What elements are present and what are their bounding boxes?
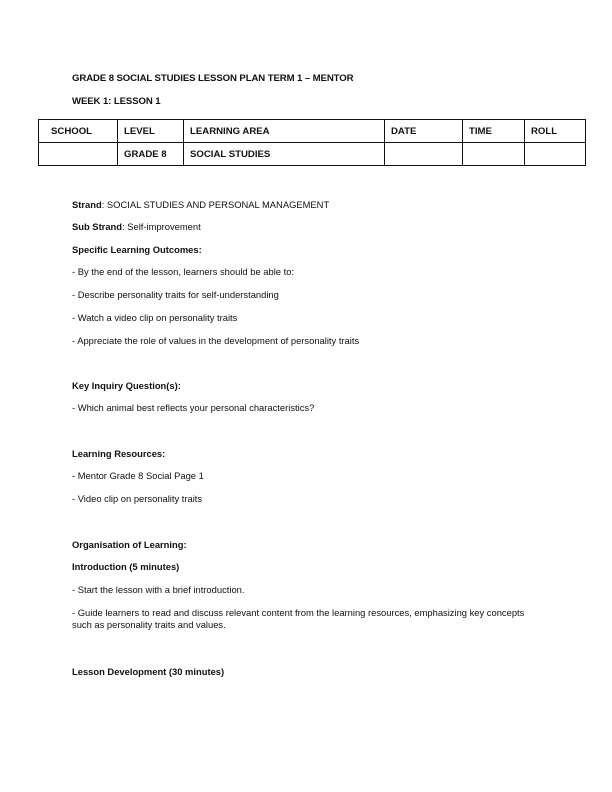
resource-item: - Video clip on personality traits [72,493,202,505]
header-date: DATE [385,120,463,143]
cell-date [385,143,463,166]
resource-item: - Mentor Grade 8 Social Page 1 [72,470,204,482]
sub-strand-value: : Self-improvement [122,221,201,232]
outcome-item: - Describe personality traits for self-u… [72,289,279,301]
header-level: LEVEL [118,120,184,143]
table-row: GRADE 8 SOCIAL STUDIES [39,143,586,166]
organisation-heading: Organisation of Learning: [72,539,187,551]
header-roll: ROLL [525,120,586,143]
outcome-item: - Appreciate the role of values in the d… [72,335,359,347]
introduction-item: - Guide learners to read and discuss rel… [72,607,542,631]
outcome-item: - By the end of the lesson, learners sho… [72,266,294,278]
week-lesson-label: WEEK 1: LESSON 1 [72,96,161,107]
lesson-info-table: SCHOOL LEVEL LEARNING AREA DATE TIME ROL… [38,119,586,166]
introduction-heading: Introduction (5 minutes) [72,561,179,573]
cell-level: GRADE 8 [118,143,184,166]
cell-time [463,143,525,166]
resources-heading: Learning Resources: [72,448,165,460]
outcomes-heading: Specific Learning Outcomes: [72,244,202,256]
document-title: GRADE 8 SOCIAL STUDIES LESSON PLAN TERM … [72,73,353,84]
sub-strand-label: Sub Strand [72,221,122,232]
introduction-item: - Start the lesson with a brief introduc… [72,584,244,596]
strand-label: Strand [72,199,102,210]
header-school: SCHOOL [39,120,118,143]
lesson-development-heading: Lesson Development (30 minutes) [72,666,224,678]
cell-school [39,143,118,166]
cell-roll [525,143,586,166]
strand-line: Strand: SOCIAL STUDIES AND PERSONAL MANA… [72,199,329,211]
table-header-row: SCHOOL LEVEL LEARNING AREA DATE TIME ROL… [39,120,586,143]
strand-value: : SOCIAL STUDIES AND PERSONAL MANAGEMENT [102,199,329,210]
header-learning-area: LEARNING AREA [184,120,385,143]
inquiry-item: - Which animal best reflects your person… [72,402,314,414]
inquiry-heading: Key Inquiry Question(s): [72,380,181,392]
header-time: TIME [463,120,525,143]
sub-strand-line: Sub Strand: Self-improvement [72,221,201,233]
cell-learning-area: SOCIAL STUDIES [184,143,385,166]
outcome-item: - Watch a video clip on personality trai… [72,312,237,324]
